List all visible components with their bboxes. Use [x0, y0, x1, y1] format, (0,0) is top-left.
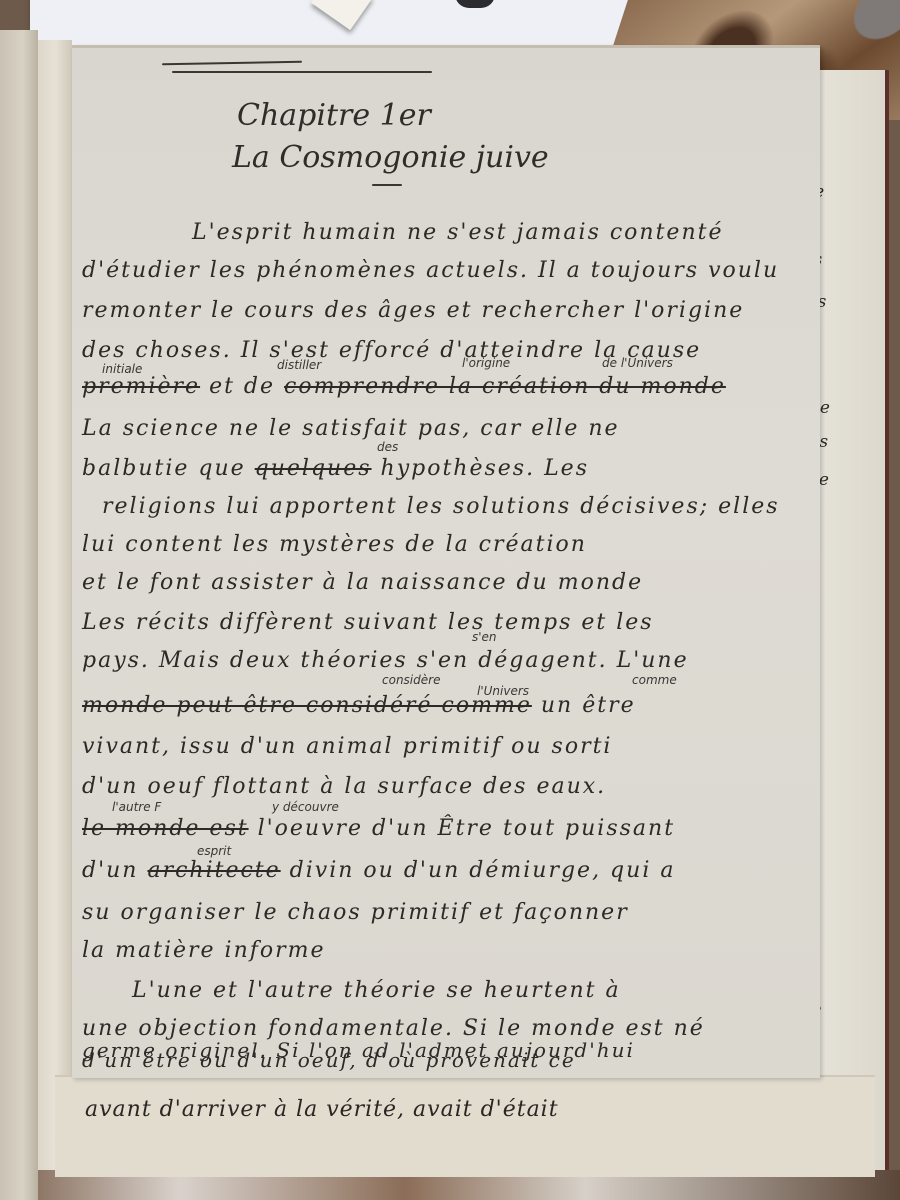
interlinear-correction: de l'Univers	[602, 356, 673, 370]
manuscript-line: d'un architecte divin ou d'un démiurge, …	[82, 858, 675, 883]
interlinear-correction: des	[377, 440, 398, 454]
interlinear-correction: esprit	[197, 844, 231, 858]
manuscript-line: germe originel. Si l'on ad l'admet aujou…	[82, 1038, 635, 1062]
interlinear-correction: comme	[632, 673, 677, 687]
manuscript-line: pays. Mais deux théories s'en dégagent. …	[82, 648, 689, 673]
line-text: balbutie que	[82, 456, 246, 481]
manuscript-line: L'une et l'autre théorie se heurtent à	[132, 978, 621, 1003]
chapter-title: Chapitre 1er	[237, 98, 431, 133]
interlinear-correction: considère	[382, 673, 440, 687]
struck-word: comprendre la création du monde	[284, 374, 726, 399]
binding-fold	[38, 40, 72, 1170]
interlinear-correction: l'autre F	[112, 800, 161, 814]
manuscript-line: remonter le cours des âges et rechercher…	[82, 298, 744, 323]
line-text: et de	[209, 374, 275, 399]
header-rule	[162, 61, 302, 65]
interlinear-correction: y découvre	[272, 800, 339, 814]
manuscript-line: balbutie que quelques hypothèses. Les	[82, 456, 589, 481]
title-underline	[372, 184, 402, 186]
line-text: hypothèses. Les	[381, 456, 589, 481]
chapter-subtitle: La Cosmogonie juive	[232, 140, 549, 175]
manuscript-line: religions lui apportent les solutions dé…	[102, 494, 780, 519]
struck-word: quelques	[255, 456, 372, 481]
manuscript-line: L'esprit humain ne s'est jamais contenté	[192, 220, 723, 245]
manuscript-line: su organiser le chaos primitif et façonn…	[82, 900, 629, 925]
manuscript-line: monde peut être considéré comme un être	[82, 693, 636, 718]
struck-word: première	[82, 374, 200, 399]
manuscript-line: d'un oeuf flottant à la surface des eaux…	[82, 774, 606, 799]
manuscript-line: la matière informe	[82, 938, 326, 963]
manuscript-line: d'étudier les phénomènes actuels. Il a t…	[82, 258, 779, 283]
bottom-sheet: avant d'arriver à la vérité, avait d'éta…	[55, 1075, 875, 1177]
line-text: l'oeuvre d'un Être tout puissant	[258, 816, 675, 841]
interlinear-correction: s'en	[472, 630, 497, 644]
struck-word: le monde est	[82, 816, 249, 841]
book-binding	[0, 30, 38, 1200]
manuscript-line: Les récits diffèrent suivant les temps e…	[82, 610, 654, 635]
line-text: d'un	[82, 858, 138, 883]
header-rule	[172, 71, 432, 73]
manuscript-line: La science ne le satisfait pas, car elle…	[82, 416, 620, 441]
line-text: divin ou d'un démiurge, qui a	[290, 858, 676, 883]
manuscript-line: vivant, issu d'un animal primitif ou sor…	[82, 734, 612, 759]
manuscript-page: Chapitre 1er La Cosmogonie juive L'espri…	[72, 45, 820, 1078]
bottom-sheet-line: avant d'arriver à la vérité, avait d'éta…	[85, 1097, 559, 1122]
manuscript-line: et le font assister à la naissance du mo…	[82, 570, 643, 595]
manuscript-line: première et de comprendre la création du…	[82, 374, 726, 399]
struck-word: monde peut être considéré comme	[82, 693, 532, 718]
manuscript-line: le monde est l'oeuvre d'un Être tout pui…	[82, 816, 675, 841]
manuscript-line: lui content les mystères de la création	[82, 532, 587, 557]
interlinear-correction: distiller	[277, 358, 321, 372]
line-text: un être	[541, 693, 636, 718]
interlinear-correction: l'origine	[462, 356, 510, 370]
struck-word: architecte	[147, 858, 280, 883]
